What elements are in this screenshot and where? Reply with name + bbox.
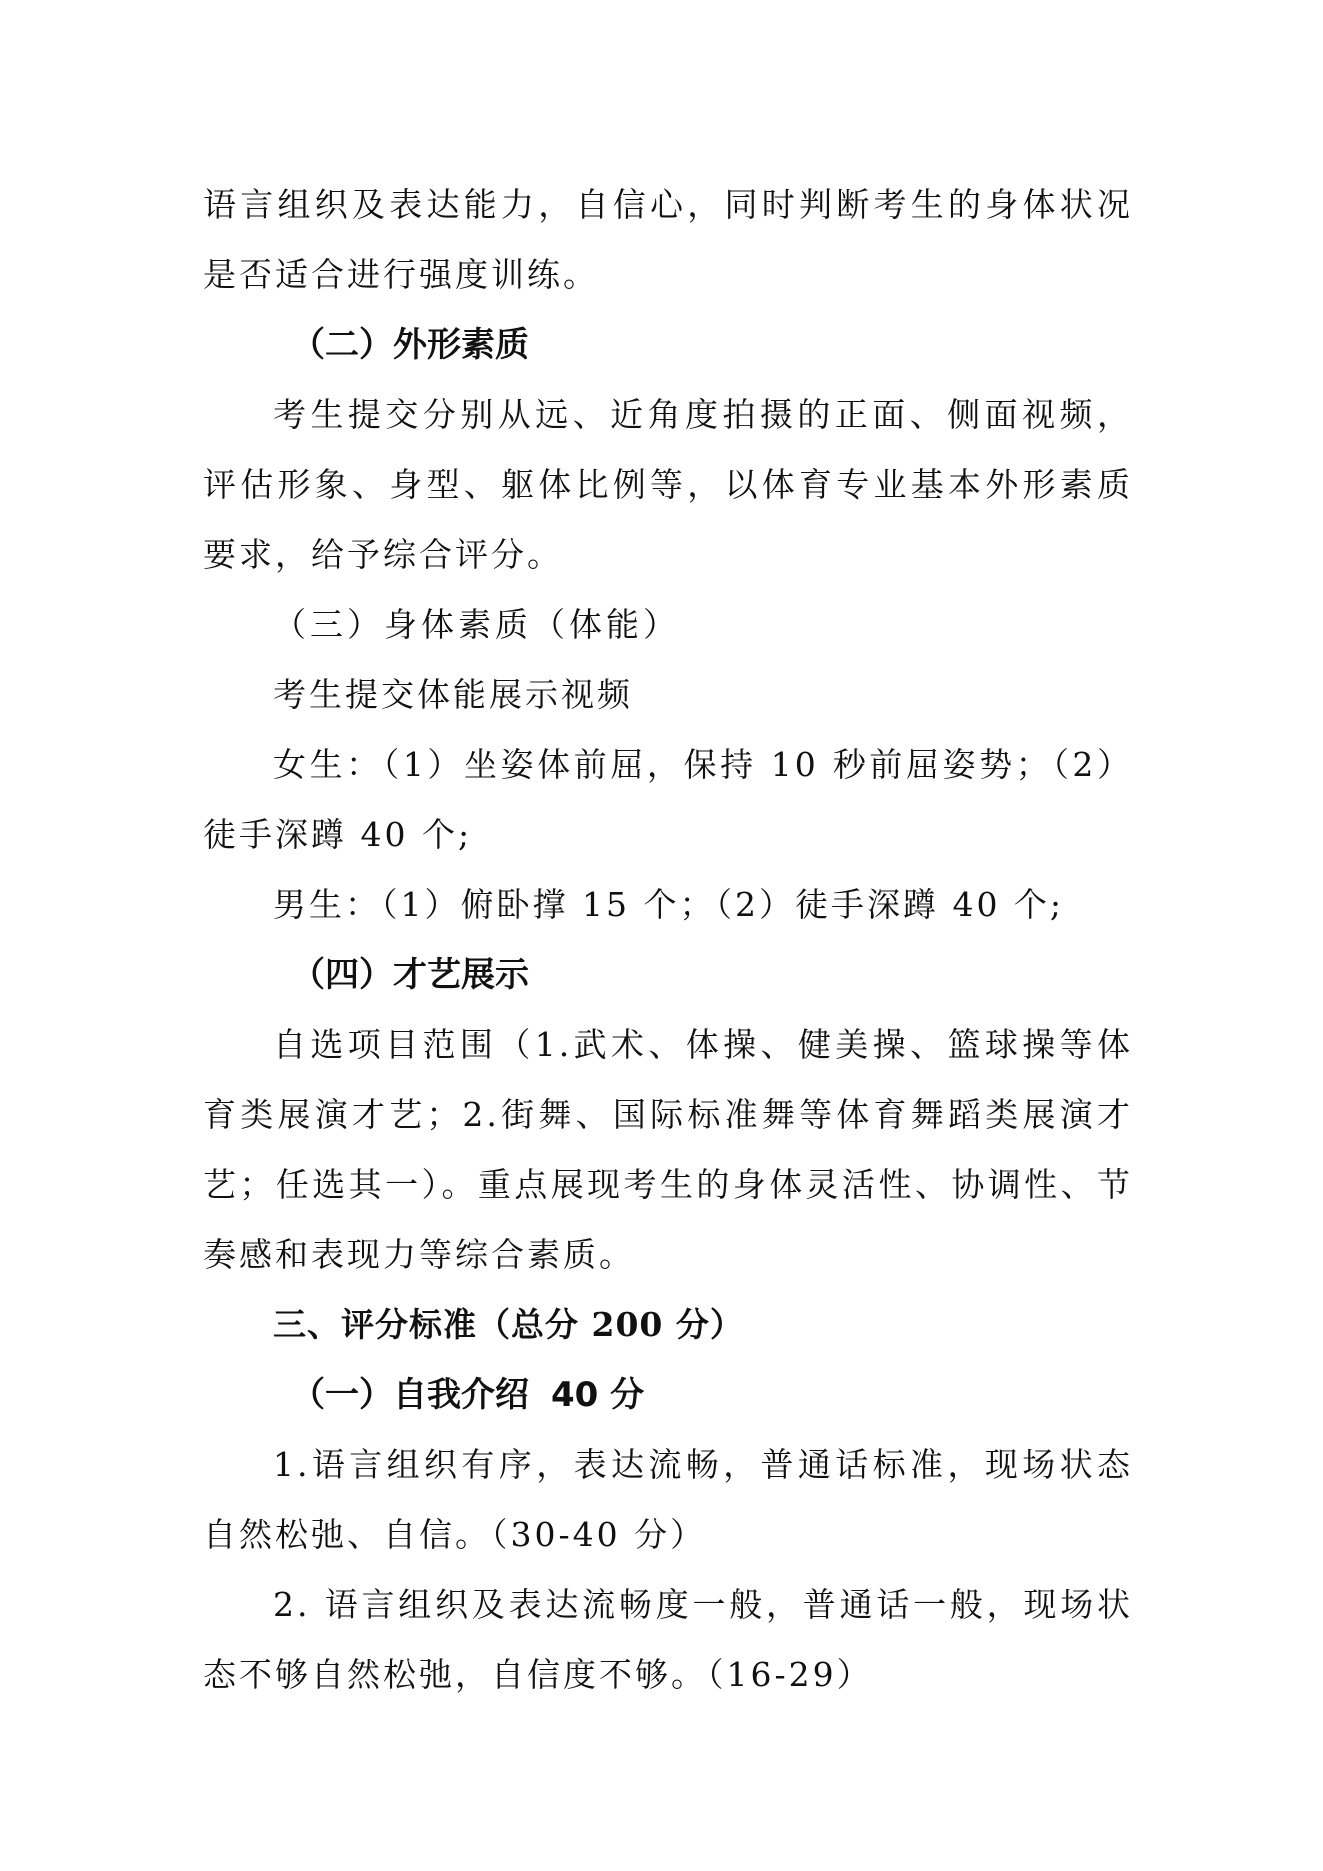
heading-self-introduction: （一）自我介绍40 分 [203, 1360, 1133, 1430]
heading-physical-fitness: （三）身体素质（体能） [203, 590, 1133, 660]
document-page: 语言组织及表达能力，自信心，同时判断考生的身体状况是否适合进行强度训练。 （二）… [203, 170, 1133, 1710]
heading-scoring-criteria: 三、评分标准（总分 200 分） [203, 1290, 1133, 1360]
heading-talent-show: （四）才艺展示 [203, 940, 1133, 1010]
heading-self-introduction-score: 40 分 [551, 1375, 644, 1415]
paragraph-criteria-2: 2. 语言组织及表达流畅度一般，普通话一般，现场状态不够自然松弛，自信度不够。（… [203, 1570, 1133, 1710]
paragraph-female-requirements: 女生：（1）坐姿体前屈，保持 10 秒前屈姿势；（2）徒手深蹲 40 个; [203, 730, 1133, 870]
heading-self-introduction-label: （一）自我介绍 [291, 1375, 529, 1415]
paragraph-fitness-video: 考生提交体能展示视频 [203, 660, 1133, 730]
paragraph-talent-show: 自选项目范围（1.武术、体操、健美操、篮球操等体育类展演才艺；2.街舞、国际标准… [203, 1010, 1133, 1290]
heading-appearance: （二）外形素质 [203, 310, 1133, 380]
paragraph-male-requirements: 男生：（1）俯卧撑 15 个；（2）徒手深蹲 40 个; [203, 870, 1133, 940]
paragraph-continued: 语言组织及表达能力，自信心，同时判断考生的身体状况是否适合进行强度训练。 [203, 170, 1133, 310]
paragraph-appearance: 考生提交分别从远、近角度拍摄的正面、侧面视频，评估形象、身型、躯体比例等，以体育… [203, 380, 1133, 590]
paragraph-criteria-1: 1.语言组织有序，表达流畅，普通话标准，现场状态自然松弛、自信。（30-40 分… [203, 1430, 1133, 1570]
